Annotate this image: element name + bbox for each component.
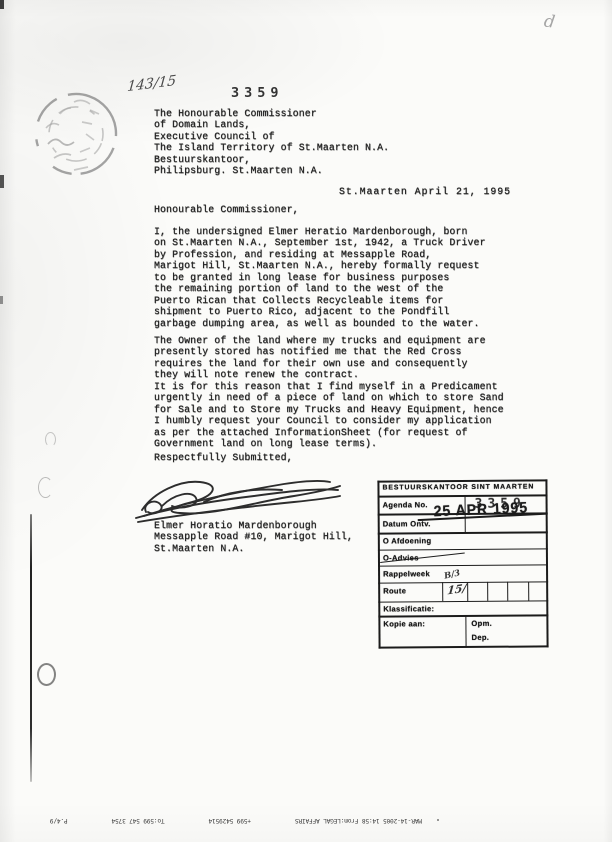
- route-label: Route: [383, 586, 406, 595]
- kopie-dep-value: Dep.: [471, 633, 489, 642]
- handwritten-ref: 143/15: [126, 73, 176, 95]
- hole-punch: [38, 477, 53, 498]
- paragraph-2: The Owner of the land where my trucks an…: [154, 335, 486, 381]
- fax-page: P.4/9: [50, 818, 68, 825]
- corner-pen-mark: d: [543, 11, 557, 32]
- paragraph-1: I, the undersigned Elmer Heratio Mardenb…: [154, 226, 486, 329]
- paper-fold-line: [30, 514, 32, 782]
- kopie-aan-label: Kopie aan:: [383, 619, 425, 628]
- klassificatie-label: Klassificatie:: [383, 604, 434, 613]
- rappel-handwriting: B/3: [443, 568, 461, 581]
- stamp-table-header: BESTUURSKANTOOR SINT MAARTEN: [382, 484, 534, 492]
- datum-ontv-label: Datum Ontv.: [383, 519, 431, 528]
- kopie-opm-value: Opm.: [471, 619, 492, 628]
- scan-edge-mark: [0, 0, 4, 9]
- rappelweek-label: Rappelweek: [383, 569, 430, 578]
- stamp-table: BESTUURSKANTOOR SINT MAARTEN Agenda No. …: [377, 479, 548, 648]
- recipient-address: The Honourable Commissioner of Domain La…: [154, 108, 389, 177]
- scan-edge-mark: [0, 296, 3, 304]
- hole-punch: [45, 432, 56, 447]
- fax-to: To:599 547 3754: [112, 818, 165, 825]
- scan-dot: [437, 819, 439, 821]
- stamp-number-top: 3359: [231, 85, 284, 101]
- salutation: Honourable Commissioner,: [154, 204, 299, 215]
- fax-header-line: MAR-14-2005 14:58 From:LEGAL AFFAIRS +59…: [50, 813, 422, 829]
- scan-edge-mark: [0, 175, 4, 188]
- fax-from: MAR-14-2005 14:58 From:LEGAL AFFAIRS: [295, 818, 422, 825]
- fax-number: +599 5429514: [209, 818, 251, 825]
- official-seal-stamp: [30, 88, 134, 188]
- table-border: [377, 479, 547, 482]
- paragraph-3: It is for this reason that I find myself…: [154, 381, 504, 450]
- hole-punch: [37, 663, 56, 686]
- sender-block: Elmer Horatio Mardenborough Messapple Ro…: [154, 520, 353, 554]
- route-handwriting: 15/: [447, 581, 467, 597]
- closing: Respectfully Submitted,: [154, 452, 293, 463]
- dateline: St.Maarten April 21, 1995: [339, 186, 511, 197]
- signature: [134, 474, 346, 526]
- afdoening-label: O Afdoening: [383, 536, 432, 545]
- scanned-letter-page: 143/15 3359 d The Honourable Commissione…: [0, 0, 612, 842]
- agenda-label: Agenda No.: [383, 500, 428, 509]
